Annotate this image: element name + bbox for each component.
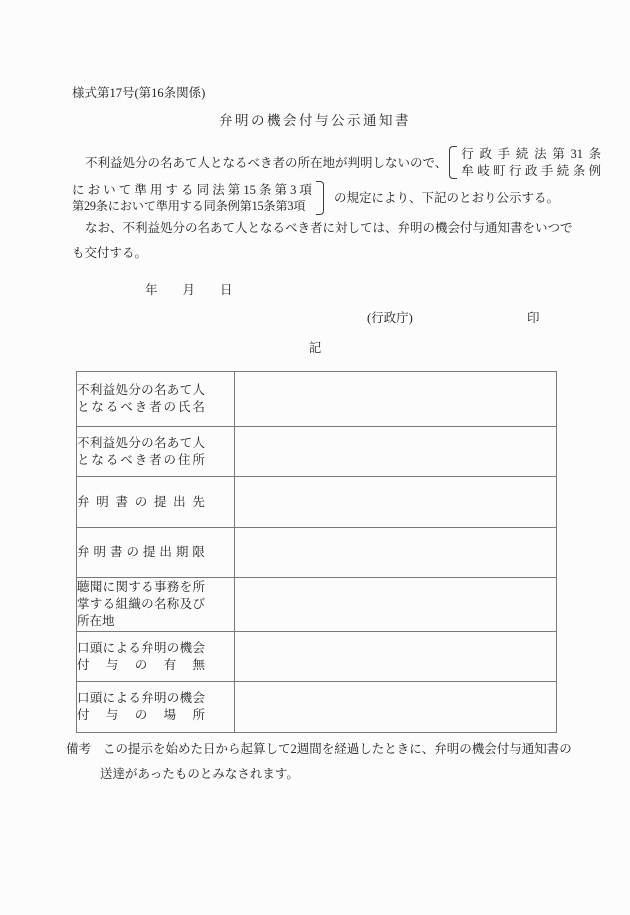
law-continuations: において準用する同法第15条第3項 第29条において準用する同条例第15条第3項: [72, 182, 312, 215]
law-options: 行政手続法第31条 牟岐町行政手続条例: [461, 146, 601, 179]
opening-text: 不利益処分の名あて人となるべき者の所在地が判明しないので、: [72, 155, 447, 171]
row-label-cell: 弁明書の提出先: [77, 477, 235, 528]
law-option-top: 行政手続法第31条: [461, 146, 601, 163]
law-continuation-bottom: 第29条において準用する同条例第15条第3項: [72, 198, 312, 215]
row-label-cell: 口頭による弁明の機会付与の場所: [77, 682, 235, 733]
note-label: 備考: [66, 741, 91, 757]
row-label-line: 付与の有無: [77, 657, 205, 674]
row-label-cell: 弁明書の提出期限: [77, 528, 235, 578]
issuer-label: (行政庁): [367, 310, 413, 326]
note-line1: 備考 この提示を始めた日から起算して2週間を経過したときに、弁明の機会付与通知書…: [66, 741, 572, 757]
table-row: 弁明書の提出期限: [77, 528, 557, 578]
table-row: 弁明書の提出先: [77, 477, 557, 528]
date-line: 年 月 日: [145, 282, 233, 298]
table-row: 不利益処分の名あて人となるべき者の住所: [77, 427, 557, 477]
row-label-line: 口頭による弁明の機会: [77, 690, 205, 707]
row-value-cell: [235, 632, 557, 682]
document-page: 様式第17号(第16条関係) 弁明の機会付与公示通知書 不利益処分の名あて人とな…: [0, 0, 630, 915]
form-number: 様式第17号(第16条関係): [72, 85, 205, 101]
law-option-bottom: 牟岐町行政手続条例: [461, 163, 601, 180]
note-line2: 送達があったものとみなされます。: [100, 766, 299, 782]
note-text1: この提示を始めた日から起算して2週間を経過したときに、弁明の機会付与通知書の: [103, 741, 572, 757]
row-label-cell: 聴聞に関する事務を所掌する組織の名称及び所在地: [77, 578, 235, 632]
section-marker: 記: [0, 340, 630, 356]
row-label-cell: 不利益処分の名あて人となるべき者の氏名: [77, 372, 235, 427]
row-label-line: 弁明書の提出期限: [77, 544, 205, 561]
open-bracket-icon: [449, 146, 457, 179]
table-row: 口頭による弁明の機会付与の有無: [77, 632, 557, 682]
opening-paragraph-line2: において準用する同法第15条第3項 第29条において準用する同条例第15条第3項…: [72, 180, 559, 216]
opening-paragraph-line1: 不利益処分の名あて人となるべき者の所在地が判明しないので、 行政手続法第31条 …: [72, 145, 601, 180]
after-bracket-text: の規定により、下記のとおり公示する。: [334, 190, 559, 206]
row-value-cell: [235, 682, 557, 733]
row-label-line: 付与の場所: [77, 707, 205, 724]
form-table-body: 不利益処分の名あて人となるべき者の氏名不利益処分の名あて人となるべき者の住所弁明…: [77, 372, 557, 733]
table-row: 聴聞に関する事務を所掌する組織の名称及び所在地: [77, 578, 557, 632]
form-table: 不利益処分の名あて人となるべき者の氏名不利益処分の名あて人となるべき者の住所弁明…: [76, 371, 557, 733]
row-label-line: 弁明書の提出先: [77, 494, 205, 511]
row-label-line: となるべき者の氏名: [77, 399, 205, 416]
row-label-line: 掌する組織の名称及び: [77, 596, 205, 613]
row-label-line: 口頭による弁明の機会: [77, 640, 205, 657]
seal-label: 印: [527, 310, 540, 326]
row-label-line: 不利益処分の名あて人: [77, 435, 205, 452]
table-row: 口頭による弁明の機会付与の場所: [77, 682, 557, 733]
page-title: 弁明の機会付与公示通知書: [0, 109, 630, 129]
second-paragraph: なお、不利益処分の名あて人となるべき者に対しては、弁明の機会付与通知書をいつで …: [72, 220, 577, 261]
row-value-cell: [235, 477, 557, 528]
row-label-line: 不利益処分の名あて人: [77, 382, 205, 399]
row-label-cell: 不利益処分の名あて人となるべき者の住所: [77, 427, 235, 477]
row-value-cell: [235, 372, 557, 427]
row-label-line: 所在地: [77, 613, 205, 630]
row-label-cell: 口頭による弁明の機会付与の有無: [77, 632, 235, 682]
close-bracket-icon: [316, 181, 324, 215]
row-label-line: となるべき者の住所: [77, 452, 205, 469]
second-paragraph-line2: も交付する。: [72, 245, 577, 261]
table-row: 不利益処分の名あて人となるべき者の氏名: [77, 372, 557, 427]
law-continuation-top: において準用する同法第15条第3項: [72, 182, 312, 199]
row-value-cell: [235, 427, 557, 477]
row-value-cell: [235, 578, 557, 632]
row-label-line: 聴聞に関する事務を所: [77, 579, 205, 596]
row-value-cell: [235, 528, 557, 578]
second-paragraph-line1: なお、不利益処分の名あて人となるべき者に対しては、弁明の機会付与通知書をいつで: [72, 220, 577, 236]
